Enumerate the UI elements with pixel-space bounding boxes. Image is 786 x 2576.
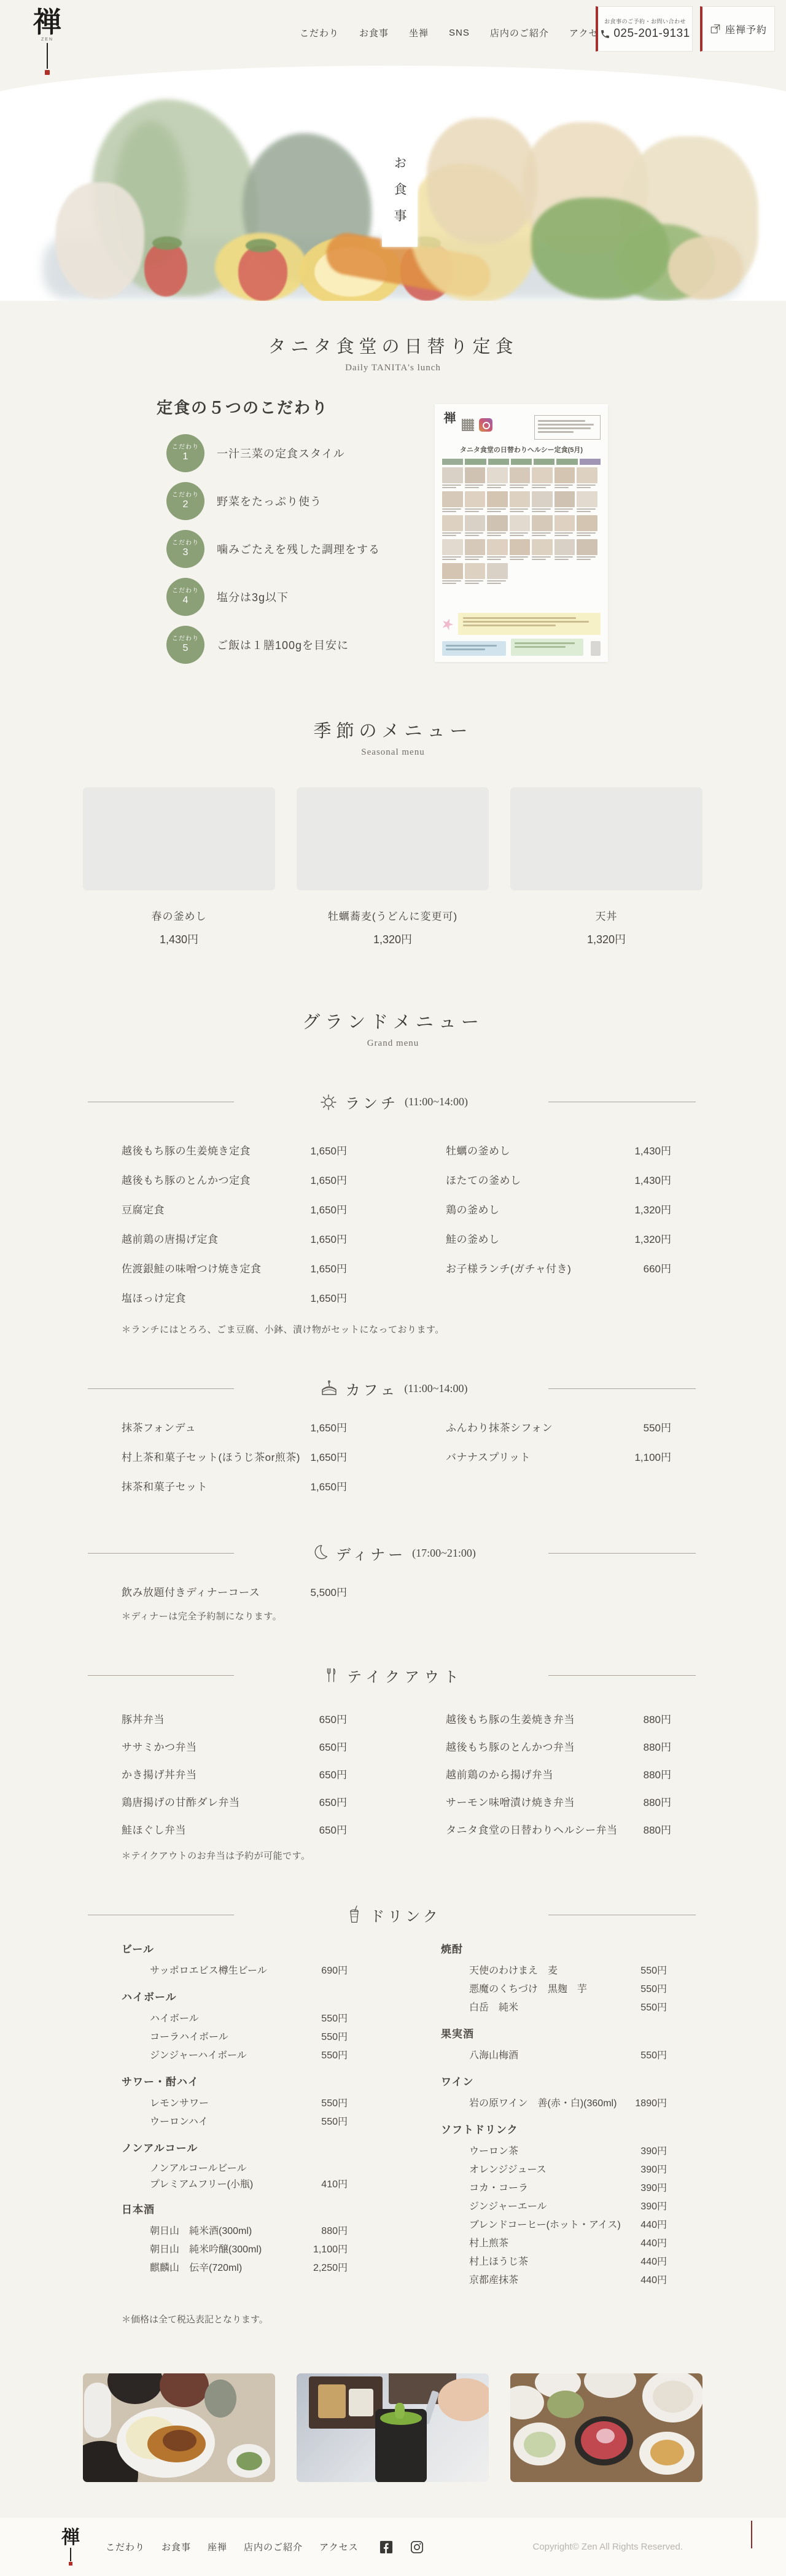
takeout-section: テイクアウト 豚丼弁当650円ササミかつ弁当650円かき揚げ丼弁当650円鶏唐揚… [83,1662,703,1862]
drink-item-row: 悪魔のくちづけ 黒麹 芋550円 [441,1979,667,1997]
drink-icon [345,1904,364,1925]
menu-item-row: 越後もち豚の生姜焼き弁当880円 [446,1705,671,1732]
flyer-food-thumb [577,467,597,483]
seasonal-dish-name: 牡蠣蕎麦(うどんに変更可) [297,908,489,923]
seasonal-dish-image [297,787,489,890]
menu-item-row: 豚丼弁当650円 [122,1705,347,1732]
drink-item-row: サッポロエビス樽生ビール690円 [122,1960,348,1979]
drink-item-name: 村上煎茶 [469,2235,508,2249]
flyer-food-thumb [487,515,508,531]
external-link-icon [710,23,721,34]
drink-group: ノンアルコールノンアルコールビールプレミアムフリー(小瓶)410円 [122,2139,348,2191]
flyer-menu-cell [532,491,553,513]
drink-group-title: ノンアルコール [122,2139,348,2154]
menu-item-price: 1,650円 [310,1478,347,1493]
flyer-menu-cell [532,515,553,537]
menu-item-row: 越前鶏のから揚げ弁当880円 [446,1760,671,1788]
flyer-food-thumb [554,467,575,483]
flyer-food-thumb [487,467,508,483]
drink-group: 果実酒八海山梅酒550円 [441,2025,667,2063]
menu-item-name: かき揚げ丼弁当 [122,1766,197,1781]
drink-group-title: サワー・酎ハイ [122,2073,348,2088]
flyer-menu-cell [465,515,486,537]
drink-item-price: 440円 [640,2217,667,2231]
cutlery-icon [322,1666,341,1684]
menu-item-row: 牡蠣の釜めし1,430円 [446,1135,671,1164]
tanita-title: タニタ食堂の日替り定食 [83,333,703,358]
flyer-food-thumb [442,491,463,507]
flyer-day-cell [442,459,463,465]
drink-item-row: 天使のわけまえ 麦550円 [441,1960,667,1979]
seasonal-dish-name: 春の釜めし [83,908,275,923]
menu-item-price: 880円 [644,1738,671,1754]
kodawari-badge: こだわり1 [166,434,204,472]
flyer-menu-cell [577,515,597,537]
seasonal-cards: 春の釜めし1,430円牡蠣蕎麦(うどんに変更可)1,320円天丼1,320円 [83,787,703,947]
kodawari-text: 野菜をたっぷり使う [217,493,322,509]
drink-item-price: 1,100円 [313,2241,348,2255]
menu-item-price: 650円 [319,1711,347,1726]
zazen-reserve-button[interactable]: 座禅予約 [700,6,775,52]
drink-item-price: 410円 [321,2176,348,2190]
menu-item-name: 越後もち豚のとんかつ定食 [122,1172,251,1187]
footer-nav-item[interactable]: お食事 [161,2540,191,2553]
lunch-title: ランチ [345,1091,399,1113]
flyer-food-thumb [487,491,508,507]
menu-item-price: 1,650円 [310,1172,347,1187]
drink-item-name: ブレンドコーヒー(ホット・アイス) [469,2217,621,2231]
phone-icon [600,29,610,39]
menu-item-row: 越後もち豚のとんかつ定食1,650円 [122,1164,347,1194]
menu-item-price: 1,650円 [310,1142,347,1158]
drink-item-row: コーラハイボール550円 [122,2026,348,2045]
flyer-food-thumb [465,515,486,531]
logo-kanji: 禅 [26,9,69,37]
drink-item-name: プレミアムフリー(小瓶) [150,2176,253,2190]
drink-item-row: ジンジャーエール390円 [441,2196,667,2214]
kodawari-badge: こだわり4 [166,578,204,616]
drink-item-price: 550円 [640,1981,667,1995]
menu-item-name: 村上茶和菓子セット(ほうじ茶or煎茶) [122,1449,300,1464]
drink-item-row: 京都産抹茶440円 [441,2270,667,2288]
header-nav-item[interactable]: 坐禅 [409,26,429,39]
drink-group: ビールサッポロエビス樽生ビール690円 [122,1940,348,1979]
kodawari-text: ご飯は１膳100gを目安に [217,637,349,653]
flyer-menu-cell [442,539,463,561]
drink-items: 八海山梅酒550円 [441,2045,667,2063]
flyer-menu-cell [442,467,463,489]
drink-item-row: 麒麟山 伝辛(720ml)2,250円 [122,2257,348,2276]
flyer-pouch-photo [591,641,601,656]
drink-item-price: 690円 [321,1963,348,1977]
menu-item-row: バナナスプリット1,100円 [446,1441,671,1471]
drink-group-title: 果実酒 [441,2025,667,2040]
cafe-hours: (11:00~14:00) [404,1382,467,1395]
kodawari-badge: こだわり2 [166,482,204,520]
menu-item-name: お子様ランチ(ガチャ付き) [446,1260,571,1275]
menu-item-row: 鶏の釜めし1,320円 [446,1194,671,1223]
grand-title: グランドメニュー [83,1008,703,1033]
drink-item-name: コーラハイボール [150,2029,228,2043]
kodawari-text: 一汁三菜の定食スタイル [217,445,345,461]
drink-item-name: ハイボール [150,2010,199,2025]
drink-item-name: 白岳 純米 [469,1999,518,2014]
menu-item-row: 鮭の釜めし1,320円 [446,1223,671,1253]
cafe-right-column: ふんわり抹茶シフォン550円バナナスプリット1,100円 [446,1412,671,1500]
flyer-day-cell [488,459,509,465]
flyer-food-thumb [487,563,508,579]
drink-group-title: ビール [122,1940,348,1955]
drink-item-price: 390円 [640,2162,667,2176]
flyer-menu-cell [554,539,575,561]
drink-item-price: 1890円 [635,2095,667,2109]
dinner-title: ディナー [336,1543,406,1564]
flyer-food-thumb [465,491,486,507]
footer-nav-item[interactable]: こだわり [106,2540,145,2553]
drink-item-name: 麒麟山 伝辛(720ml) [150,2260,242,2274]
drink-group-title: 焼酎 [441,1940,667,1955]
flyer-menu-cell [442,515,463,537]
flyer-menu-cell [510,491,531,513]
kodawari-badge-label: こだわり [172,444,199,451]
kodawari-text: 塩分は3g以下 [217,589,289,605]
menu-item-price: 1,650円 [310,1419,347,1434]
drink-item-price: 550円 [321,2095,348,2109]
cafe-title: カフェ [346,1378,399,1399]
flyer-food-thumb [442,515,463,531]
drink-item-row: ハイボール550円 [122,2008,348,2026]
drink-group: ソフトドリンクウーロン茶390円オレンジジュース390円コカ・コーラ390円ジン… [441,2121,667,2288]
menu-item-price: 660円 [644,1260,671,1275]
drink-item-name: 京都産抹茶 [469,2272,518,2286]
sun-icon [318,1091,339,1112]
menu-item-row: 佐渡銀鮭の味噌つけ焼き定食1,650円 [122,1253,347,1282]
menu-item-row: タニタ食堂の日替わりヘルシー弁当880円 [446,1815,671,1843]
drink-item-row: プレミアムフリー(小瓶)410円 [122,2175,348,2191]
footer-nav-item[interactable]: 座禅 [208,2540,227,2553]
header-nav-item[interactable]: 店内のご紹介 [490,26,549,39]
footer-nav-item[interactable]: アクセス [319,2540,359,2553]
menu-item-row: 抹茶和菓子セット1,650円 [122,1471,347,1500]
kodawari-item: こだわり1一汁三菜の定食スタイル [166,429,421,477]
menu-item-name: 鮭の釜めし [446,1231,500,1246]
menu-item-row: 越後もち豚の生姜焼き定食1,650円 [122,1135,347,1164]
flyer-day-header [442,459,601,465]
flyer-day-cell [511,459,532,465]
drink-item-name: 村上ほうじ茶 [469,2254,528,2268]
menu-item-name: ササミかつ弁当 [122,1738,197,1754]
header-nav-item[interactable]: お食事 [359,26,389,39]
footer-nav-item[interactable]: 店内のご紹介 [244,2540,303,2553]
menu-item-row: ふんわり抹茶シフォン550円 [446,1412,671,1441]
menu-item-price: 1,430円 [634,1172,671,1187]
drink-item-row: ジンジャーハイボール550円 [122,2045,348,2063]
flyer-food-thumb [442,563,463,579]
menu-item-name: 抹茶和菓子セット [122,1478,208,1493]
drink-items: 岩の原ワイン 善(赤・白)(360ml)1890円 [441,2093,667,2111]
drink-item-row: 村上ほうじ茶440円 [441,2251,667,2270]
menu-item-name: 鶏の釜めし [446,1201,500,1216]
menu-item-row: 越後もち豚のとんかつ弁当880円 [446,1732,671,1760]
menu-item-name: ほたての釜めし [446,1172,521,1187]
drinks-right-column: 焼酎天使のわけまえ 麦550円悪魔のくちづけ 黒麹 芋550円白岳 純米550円… [441,1940,667,2288]
drink-group: ワイン岩の原ワイン 善(赤・白)(360ml)1890円 [441,2073,667,2111]
drink-item-price: 440円 [640,2272,667,2286]
drink-item-price: 550円 [640,2047,667,2061]
kodawari-badge-number: 5 [183,643,189,654]
menu-item-name: タニタ食堂の日替わりヘルシー弁当 [446,1821,618,1837]
drink-item-row: ウーロン茶390円 [441,2141,667,2159]
drink-item-price: 390円 [640,2143,667,2157]
drink-item-row: 八海山梅酒550円 [441,2045,667,2063]
site-header: 禅 ZEN こだわりお食事坐禅SNS店内のご紹介アクセス お食事のご予約・お問い… [0,0,786,66]
drink-item-name: 岩の原ワイン 善(赤・白)(360ml) [469,2095,617,2109]
drink-items: ノンアルコールビールプレミアムフリー(小瓶)410円 [122,2159,348,2191]
takeout-right-column: 越後もち豚の生姜焼き弁当880円越後もち豚のとんかつ弁当880円越前鶏のから揚げ… [446,1705,671,1843]
grand-menu-section: グランドメニュー Grand menu ランチ (11:00~14:00) 越後… [83,1008,703,2482]
drink-item-row: オレンジジュース390円 [441,2159,667,2177]
menu-item-price: 650円 [319,1821,347,1837]
drink-item-name: ノンアルコールビール [150,2160,246,2174]
menu-item-price: 1,320円 [634,1201,671,1216]
instagram-icon[interactable] [410,2540,424,2554]
drink-item-price: 550円 [640,1999,667,2014]
drink-item-price: 440円 [640,2235,667,2249]
drink-items: ハイボール550円コーラハイボール550円ジンジャーハイボール550円 [122,2008,348,2063]
hero-section: お食事 [0,66,786,301]
flyer-footnotes [442,613,601,656]
menu-item-price: 5,500円 [310,1584,347,1599]
drink-item-row: 村上煎茶440円 [441,2233,667,2251]
flyer-food-thumb [532,539,553,555]
menu-item-row: 越前鶏の唐揚げ定食1,650円 [122,1223,347,1253]
drink-item-price: 550円 [321,2047,348,2061]
kodawari-badge-number: 1 [183,451,189,462]
drink-item-name: サッポロエビス樽生ビール [150,1963,267,1977]
drink-item-price: 550円 [321,2114,348,2128]
kodawari-badge-label: こだわり [172,588,199,594]
drink-item-price: 550円 [321,2029,348,2043]
food-photo-gallery [83,2373,703,2482]
header-nav: こだわりお食事坐禅SNS店内のご紹介アクセス [300,0,608,66]
course-spread-photo [510,2373,702,2482]
menu-item-price: 1,650円 [310,1260,347,1275]
menu-item-row: 豆腐定食1,650円 [122,1194,347,1223]
menu-item-price: 1,650円 [310,1201,347,1216]
header-nav-item[interactable]: こだわり [300,26,339,39]
flyer-food-thumb [510,467,531,483]
facebook-icon[interactable] [379,2540,393,2554]
page: 禅 ZEN こだわりお食事坐禅SNS店内のご紹介アクセス お食事のご予約・お問い… [0,0,786,2576]
flyer-title: タニタ食堂の日替わりヘルシー定食(5月) [442,445,601,454]
lunch-right-column: 牡蠣の釜めし1,430円ほたての釜めし1,430円鶏の釜めし1,320円鮭の釜め… [446,1135,671,1312]
drink-items: サッポロエビス樽生ビール690円 [122,1960,348,1979]
copyright-text: Copyright© Zen All Rights Reserved. [533,2542,683,2552]
drink-item-row: ブレンドコーヒー(ホット・アイス)440円 [441,2214,667,2233]
lunch-left-column: 越後もち豚の生姜焼き定食1,650円越後もち豚のとんかつ定食1,650円豆腐定食… [122,1135,347,1312]
seasonal-dish-image [510,787,702,890]
drink-items: 天使のわけまえ 麦550円悪魔のくちづけ 黒麹 芋550円白岳 純米550円 [441,1960,667,2015]
flyer-menu-cell [465,539,486,561]
flyer-food-thumb [442,539,463,555]
menu-item-price: 1,650円 [310,1449,347,1464]
drink-items: レモンサワー550円ウーロンハイ550円 [122,2093,348,2130]
drink-group: 日本酒朝日山 純米酒(300ml)880円朝日山 純米吟醸(300ml)1,10… [122,2201,348,2276]
menu-item-name: 塩ほっけ定食 [122,1290,186,1305]
flyer-menu-cell [510,539,531,561]
menu-item-name: 越後もち豚のとんかつ弁当 [446,1738,575,1754]
flyer-menu-cell [487,539,508,561]
flyer-badge [440,617,454,631]
flyer-menu-cell [554,515,575,537]
menu-item-price: 880円 [644,1766,671,1781]
seasonal-title: 季節のメニュー [83,717,703,742]
menu-item-row: 鮭ほぐし弁当650円 [122,1815,347,1843]
flyer-food-thumb [510,491,531,507]
flyer-menu-cell [442,491,463,513]
menu-item-row: かき揚げ丼弁当650円 [122,1760,347,1788]
lunch-hours: (11:00~14:00) [405,1095,468,1108]
flyer-logo: 禅 [442,410,457,424]
seasonal-dish-price: 1,320円 [297,931,489,947]
drink-item-name: 悪魔のくちづけ 黒麹 芋 [469,1981,587,1995]
drink-group-title: ソフトドリンク [441,2121,667,2136]
drink-group-title: ワイン [441,2073,667,2088]
menu-item-row: お子様ランチ(ガチャ付き)660円 [446,1253,671,1282]
drink-item-row: レモンサワー550円 [122,2093,348,2111]
kodawari-badge: こだわり3 [166,530,204,568]
tanita-flyer-image: 禅 タニタ食堂の日替わりヘルシー定食(5月) [435,404,608,662]
menu-item-name: 越前鶏のから揚げ弁当 [446,1766,553,1781]
site-logo[interactable]: 禅 ZEN [26,9,69,75]
reserve-button-label: 座禅予約 [725,22,767,36]
drink-items: 朝日山 純米酒(300ml)880円朝日山 純米吟醸(300ml)1,100円麒… [122,2220,348,2276]
tanita-subtitle-en: Daily TANITA's lunch [83,363,703,373]
flyer-menu-cell [487,491,508,513]
flyer-day-cell [580,459,601,465]
drink-group-title: ハイボール [122,1988,348,2003]
menu-item-name: 越前鶏の唐揚げ定食 [122,1231,219,1246]
flyer-day-cell [465,459,486,465]
tonkatsu-set-photo [83,2373,275,2482]
menu-item-name: 牡蠣の釜めし [446,1142,510,1158]
seasonal-subtitle-en: Seasonal menu [83,747,703,758]
site-footer: 禅 こだわりお食事座禅店内のご紹介アクセス Copyright© Zen All… [0,2518,786,2576]
flyer-food-thumb [510,539,531,555]
phone-number: 025-201-9131 [613,27,690,41]
drink-item-price: 550円 [640,1963,667,1977]
drink-item-price: 550円 [321,2010,348,2025]
logo-romaji: ZEN [26,37,69,42]
page-title: お食事 [382,147,418,247]
flyer-food-thumb [465,539,486,555]
menu-item-row: ササミかつ弁当650円 [122,1732,347,1760]
drink-group: 焼酎天使のわけまえ 麦550円悪魔のくちづけ 黒麹 芋550円白岳 純米550円 [441,1940,667,2015]
menu-item-price: 880円 [644,1711,671,1726]
drink-item-price: 390円 [640,2198,667,2212]
kodawari-badge-number: 4 [183,595,189,606]
seasonal-section: 季節のメニュー Seasonal menu 春の釜めし1,430円牡蠣蕎麦(うど… [83,717,703,947]
takeout-left-column: 豚丼弁当650円ササミかつ弁当650円かき揚げ丼弁当650円鶏唐揚げの甘酢ダレ弁… [122,1705,347,1843]
menu-item-price: 1,100円 [634,1449,671,1464]
menu-item-price: 650円 [319,1794,347,1809]
flyer-menu-cell [465,491,486,513]
menu-item-price: 880円 [644,1821,671,1837]
flyer-food-thumb [577,515,597,531]
drinks-title: ドリンク [370,1904,441,1926]
drink-item-price: 2,250円 [313,2260,348,2274]
flyer-food-thumb [532,467,553,483]
menu-item-name: ふんわり抹茶シフォン [446,1419,553,1434]
drink-item-price: 880円 [321,2223,348,2237]
menu-item-name: 佐渡銀鮭の味噌つけ焼き定食 [122,1260,262,1275]
takeout-note: ＊テイクアウトのお弁当は予約が可能です。 [122,1849,703,1862]
flyer-menu-cell [465,563,486,585]
drink-item-name: 天使のわけまえ 麦 [469,1963,558,1977]
qr-code-icon [462,419,474,431]
menu-item-row: 村上茶和菓子セット(ほうじ茶or煎茶)1,650円 [122,1441,347,1471]
menu-item-name: サーモン味噌漬け焼き弁当 [446,1794,575,1809]
kodawari-badge: こだわり5 [166,626,204,664]
footer-logo[interactable]: 禅 [61,2529,80,2566]
seasonal-menu-card: 天丼1,320円 [510,787,702,947]
lunch-section: ランチ (11:00~14:00) 越後もち豚の生姜焼き定食1,650円越後もち… [83,1088,703,1336]
kodawari-item: こだわり5ご飯は１膳100gを目安に [166,621,421,669]
flyer-menu-cell [554,467,575,489]
flyer-menu-cell [487,563,508,585]
page-top-indicator[interactable] [751,2521,752,2548]
footer-nav: こだわりお食事座禅店内のご紹介アクセス [106,2540,359,2553]
menu-item-row: 飲み放題付きディナーコース5,500円 [122,1576,347,1606]
menu-item-name: 豚丼弁当 [122,1711,165,1726]
kodawari-heading: 定食の５つのこだわり [157,395,421,418]
drink-item-row: 朝日山 純米吟醸(300ml)1,100円 [122,2239,348,2257]
cafe-left-column: 抹茶フォンデュ1,650円村上茶和菓子セット(ほうじ茶or煎茶)1,650円抹茶… [122,1412,347,1500]
drink-item-row: コカ・コーラ390円 [441,2177,667,2196]
flyer-food-thumb [465,563,486,579]
kodawari-item: こだわり2野菜をたっぷり使う [166,477,421,525]
drinks-left-column: ビールサッポロエビス樽生ビール690円ハイボールハイボール550円コーラハイボー… [122,1940,348,2288]
flyer-menu-cell [442,563,463,585]
flyer-menu-cell [577,539,597,561]
flyer-food-thumb [510,515,531,531]
drink-item-name: 朝日山 純米酒(300ml) [150,2223,252,2237]
flyer-food-thumb [442,467,463,483]
dinner-note: ＊ディナーは完全予約制になります。 [122,1609,703,1622]
flyer-menu-cell [532,539,553,561]
flyer-menu-cell [577,491,597,513]
menu-item-name: 飲み放題付きディナーコース [122,1584,260,1599]
drink-item-row: ウーロンハイ550円 [122,2111,348,2130]
kodawari-list: こだわり1一汁三菜の定食スタイルこだわり2野菜をたっぷり使うこだわり3噛みごたえ… [157,429,421,669]
flyer-food-thumb [532,515,553,531]
header-nav-item[interactable]: SNS [449,28,470,38]
kodawari-item: こだわり3噛みごたえを残した調理をする [166,525,421,573]
flyer-menu-grid [442,467,601,585]
menu-item-name: 豆腐定食 [122,1201,165,1216]
menu-item-price: 650円 [319,1766,347,1781]
lunch-note: ＊ランチにはとろろ、ごま豆腐、小鉢、漬け物がセットになっております。 [122,1323,703,1336]
takeout-title: テイクアウト [347,1665,464,1686]
seasonal-menu-card: 春の釜めし1,430円 [83,787,275,947]
tanita-section: タニタ食堂の日替り定食 Daily TANITA's lunch 定食の５つのこ… [83,301,703,673]
phone-box[interactable]: お食事のご予約・お問い合わせ 025-201-9131 [596,6,693,52]
kodawari-badge-label: こだわり [172,540,199,547]
flyer-day-cell [556,459,577,465]
menu-item-price: 1,650円 [310,1231,347,1246]
kodawari-badge-number: 3 [183,547,189,558]
drinks-note: ＊価格は全て税込表記となります。 [122,2313,703,2325]
